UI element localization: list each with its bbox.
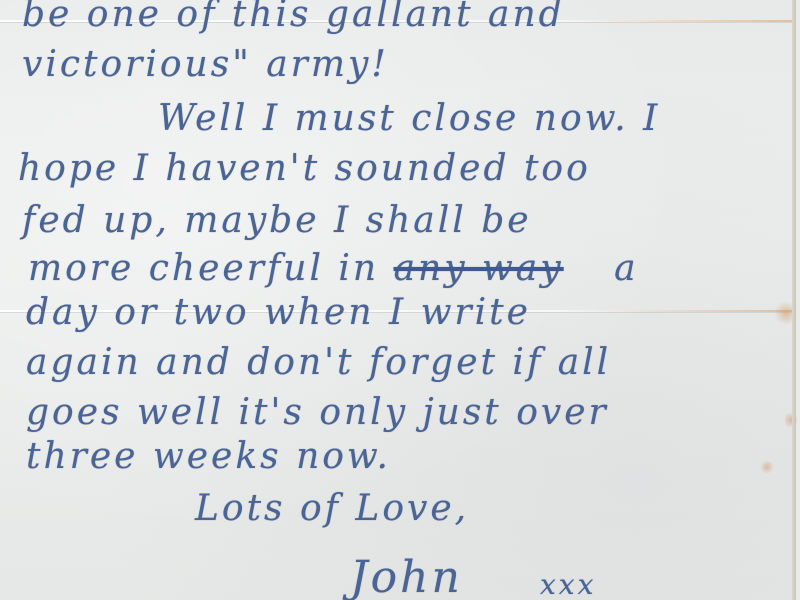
letter-kisses: xxx [540, 568, 596, 600]
letter-line: three weeks now. [26, 436, 391, 477]
letter-text: more cheerful in [28, 248, 379, 289]
letter-line: Well I must close now. I [158, 98, 660, 139]
letter-closing: Lots of Love, [195, 488, 469, 529]
letter-line: victorious" army! [22, 44, 389, 85]
crossed-out-text: any way [394, 248, 564, 289]
letter-line: more cheerful in any way a [28, 248, 639, 289]
letter-line: again and don't forget if all [26, 342, 611, 383]
letter-line: goes well it's only just over [26, 392, 609, 433]
letter-page: be one of this gallant and victorious" a… [0, 0, 796, 600]
letter-signature: John [350, 552, 463, 600]
paper-edge [792, 0, 796, 600]
paper-stain [760, 460, 774, 474]
letter-text: a [614, 248, 638, 289]
letter-line: day or two when I write [26, 292, 531, 333]
letter-line: fed up, maybe I shall be [22, 200, 532, 241]
letter-line: be one of this gallant and [22, 0, 565, 35]
letter-line: hope I haven't sounded too [18, 148, 591, 189]
